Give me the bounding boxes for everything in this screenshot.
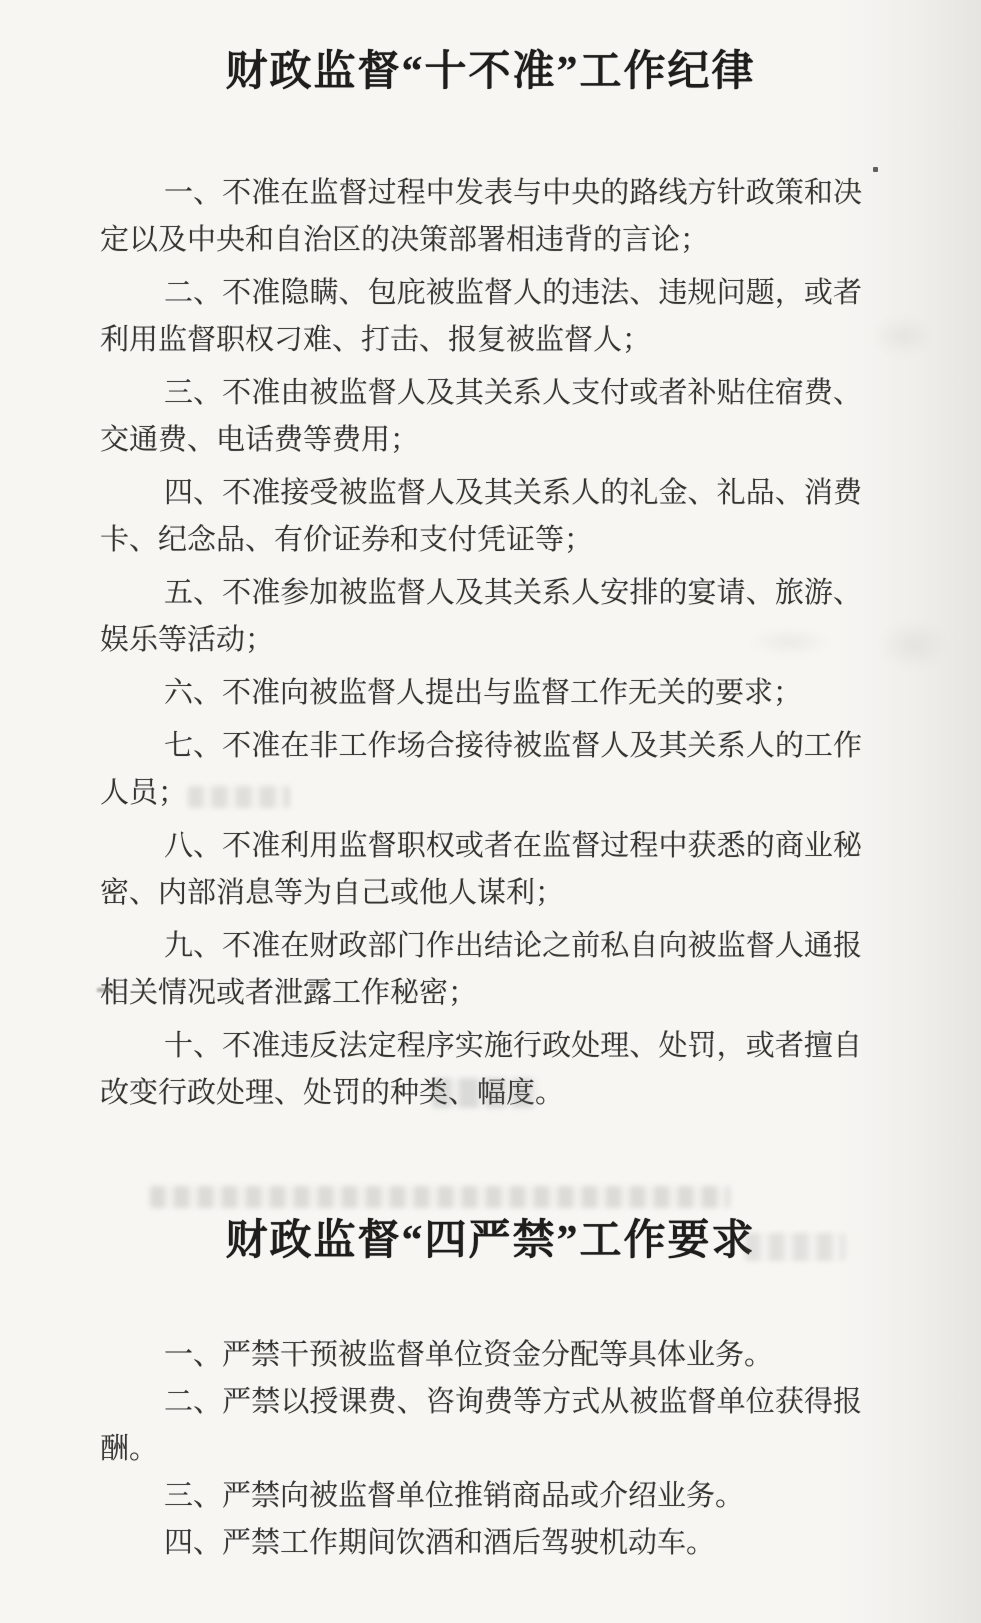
rule-1: 一、不准在监督过程中发表与中央的路线方针政策和决定以及中央和自治区的决策部署相违… [100,170,862,264]
section-2-body: 一、严禁干预被监督单位资金分配等具体业务。 二、严禁以授课费、咨询费等方式从被监… [100,1332,862,1567]
rule-10: 十、不准违反法定程序实施行政处理、处罚，或者擅自改变行政处理、处罚的种类、幅度。 [100,1023,862,1117]
rule-2: 二、不准隐瞒、包庇被监督人的违法、违规问题，或者利用监督职权刁难、打击、报复被监… [100,270,862,364]
rule-8: 八、不准利用监督职权或者在监督过程中获悉的商业秘密、内部消息等为自己或他人谋利； [100,823,862,917]
section-1-title: 财政监督“十不准”工作纪律 [0,0,981,100]
requirement-4: 四、严禁工作期间饮酒和酒后驾驶机动车。 [100,1520,862,1567]
scan-speck [97,988,112,992]
scanned-document-page: 财政监督“十不准”工作纪律 一、不准在监督过程中发表与中央的路线方针政策和决定以… [0,0,981,1623]
section-2-title: 财政监督“四严禁”工作要求 [0,1213,981,1269]
scan-speck [873,167,878,172]
scan-smudge [872,315,934,357]
rule-9: 九、不准在财政部门作出结论之前私自向被监督人通报相关情况或者泄露工作秘密； [100,923,862,1017]
requirement-1: 一、严禁干预被监督单位资金分配等具体业务。 [100,1332,862,1379]
rule-5: 五、不准参加被监督人及其关系人安排的宴请、旅游、娱乐等活动； [100,570,862,664]
bleed-through-artifact [150,1186,730,1208]
rule-4: 四、不准接受被监督人及其关系人的礼金、礼品、消费卡、纪念品、有价证券和支付凭证等… [100,470,862,564]
requirement-3: 三、严禁向被监督单位推销商品或介绍业务。 [100,1473,862,1520]
rule-3: 三、不准由被监督人及其关系人支付或者补贴住宿费、交通费、电话费等费用； [100,370,862,464]
rule-6: 六、不准向被监督人提出与监督工作无关的要求； [100,670,862,717]
scan-smudge [878,620,948,670]
requirement-2: 二、严禁以授课费、咨询费等方式从被监督单位获得报酬。 [100,1379,862,1473]
rule-7: 七、不准在非工作场合接待被监督人及其关系人的工作人员； [100,723,862,817]
section-1-body: 一、不准在监督过程中发表与中央的路线方针政策和决定以及中央和自治区的决策部署相违… [100,170,862,1117]
